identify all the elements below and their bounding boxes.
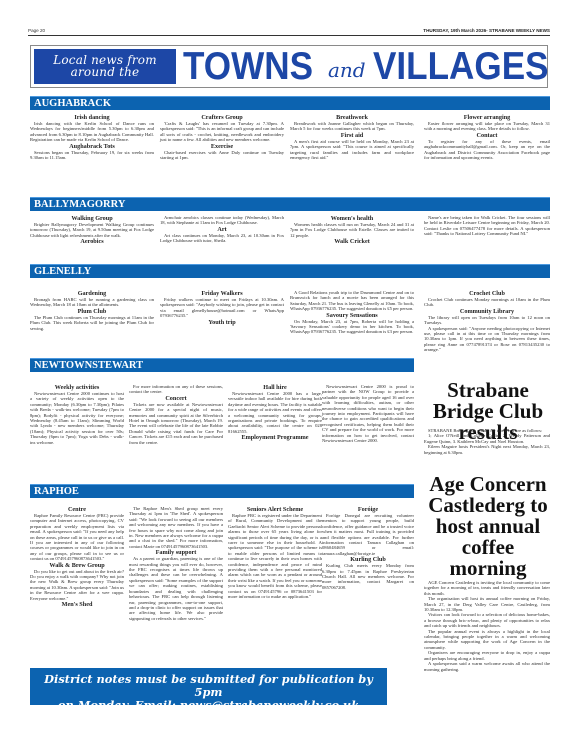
article-heading: Walk & Brew Group [30, 562, 124, 569]
notice-line1: District notes must be submitted for pub… [30, 673, 387, 699]
article-heading: Hall hire [228, 384, 322, 391]
article-heading: Aerobics [30, 238, 154, 245]
article-heading: Weekly activities [30, 384, 124, 391]
article-heading: Youth trip [160, 319, 284, 326]
article-heading: Community Library [424, 308, 550, 315]
article-body: Chair-based exercises with Anne Daly con… [160, 150, 284, 161]
masthead-villages: VILLAGES [373, 45, 549, 89]
bridge-club-article: STRABANE Bridge Club results for this we… [424, 428, 550, 455]
article-heading: Employment Programme [228, 434, 322, 441]
page-header: Page 20 THURSDAY, 19th March 2026- STRAB… [28, 28, 550, 36]
article-body: The library will open on Tuesdays from 1… [424, 315, 550, 326]
article-body: Raphoe Family Resource Centre (FRC) prov… [30, 513, 124, 562]
article-heading: Irish dancing [30, 114, 154, 121]
article-heading: Centre [30, 506, 124, 513]
article-column: Crafters Group 'Crafts & Laughs' has res… [160, 114, 284, 160]
article-heading: Friday Walkers [160, 290, 284, 297]
article-heading: Contact [424, 132, 550, 139]
section-header-glenelly: GLENELLY [30, 264, 550, 278]
article-body: The Plum Club continues on Thursday morn… [30, 315, 154, 331]
article-column: Irish dancing Irish dancing with the Ker… [30, 114, 154, 160]
article-body: AGE Concern Castlederg is inviting the l… [424, 580, 550, 596]
article-body: As a parent or guardian, parenting is on… [129, 556, 223, 621]
article-body: Organisers are encouraging everyone to d… [424, 650, 550, 661]
article-column: Crochet Club Crochet Club continues Mond… [424, 290, 550, 353]
article-body: A spokesperson said: "Anyone needing pho… [424, 326, 550, 353]
article-heading: Breathwork [290, 114, 414, 121]
article-body: Womens health classes will run on Tuesda… [290, 222, 414, 238]
article-heading: Plum Club [30, 308, 154, 315]
article-body: Crochet Club continues Monday mornings a… [424, 297, 550, 308]
article-column: Armchair aerobics classes continue today… [160, 215, 284, 244]
article-column: Walking Group Brighter Ballymagorry Deve… [30, 215, 154, 245]
masthead: Local news from around the TOWNS and VIL… [30, 45, 548, 88]
article-body: Foróige Donegal are recruiting volunteer… [322, 513, 414, 556]
article-heading: Art [160, 226, 284, 233]
article-body: A spokesperson said a warm welcome await… [424, 661, 550, 672]
article-body: Newtownstewart Centre 2000 continues to … [30, 391, 124, 445]
article-body: Raphoe FRC is registered under the Depar… [228, 513, 322, 600]
section-header-newtownstewart: NEWTOWNSTEWART [30, 358, 414, 372]
article-column: A Good Relations youth trip to the Drumm… [290, 290, 414, 335]
article-column: Foróige Foróige Donegal are recruiting v… [322, 506, 414, 590]
article-body: Friday walkers continue to meet on Frida… [160, 297, 284, 319]
article-body: 'Crafts & Laughs' has resumed on Tuesday… [160, 121, 284, 143]
article-body: Easter flower arranging will take place … [424, 121, 550, 132]
article-body: For more information on any of these ses… [129, 384, 223, 395]
article-body: The Raphoe Men's Shed group meet every T… [129, 506, 223, 549]
article-body: To register for any of these events, ema… [424, 139, 550, 161]
article-heading: Kurling Club [322, 556, 414, 563]
article-column: Centre Raphoe Family Resource Centre (FR… [30, 506, 124, 608]
section-header-raphoe: RAPHOE [30, 484, 414, 498]
article-body: Bronagh from HARC will be running a gard… [30, 297, 154, 308]
article-column: Flower arranging Easter flower arranging… [424, 114, 550, 160]
article-body: Art class continues on Monday, March 23,… [160, 233, 284, 244]
notice-line2: on Monday. Email: news@strabaneweekly.co… [30, 699, 387, 712]
article-heading: First aid [290, 132, 414, 139]
article-column: For more information on any of these ses… [129, 384, 223, 445]
article-body: Newtownstewart Centre 2000 has a large, … [228, 391, 322, 434]
submission-notice-banner: District notes must be submitted for pub… [30, 668, 387, 705]
article-heading: Walk Cricket [290, 238, 414, 245]
article-heading: Gardening [30, 290, 154, 297]
masthead-towns: TOWNS [183, 45, 313, 89]
article-column: Newtownstewart Centre 2000 is proud to p… [322, 384, 414, 443]
article-heading: Family support [129, 549, 223, 556]
article-column: Seniors Alert Scheme Raphoe FRC is regis… [228, 506, 322, 660]
section-header-aughabrack: AUGHABRACK [30, 96, 550, 110]
masthead-tagline: Local news from around the [34, 49, 176, 84]
article-column: The Raphoe Men's Shed group meet every T… [129, 506, 223, 621]
article-heading: Savoury Sensations [290, 312, 414, 319]
article-heading: Concert [129, 395, 223, 402]
article-column: Gardening Bronagh from HARC will be runn… [30, 290, 154, 331]
article-heading: Men's Shed [30, 601, 124, 608]
article-body: Breathwork with Joanne Gallagher which b… [290, 121, 414, 132]
article-column: Women's health Womens health classes wil… [290, 215, 414, 245]
article-heading: Flower arranging [424, 114, 550, 121]
article-heading: Crafters Group [160, 114, 284, 121]
article-column: Breathwork Breathwork with Joanne Gallag… [290, 114, 414, 160]
article-body: Tickets are now available at Newtownstew… [129, 402, 223, 445]
article-body: Armchair aerobics classes continue today… [160, 215, 284, 226]
article-column: Name's are being taken for Walk Cricket.… [424, 215, 550, 237]
article-heading: Walking Group [30, 215, 154, 222]
dateline: THURSDAY, 19th March 2026- STRABANE WEEK… [423, 28, 550, 33]
article-heading: Seniors Alert Scheme [228, 506, 322, 513]
article-body: Irish dancing with the Kerlin School of … [30, 121, 154, 143]
article-body: Eileen Maguire hosts President's Night n… [424, 444, 550, 455]
age-concern-article: AGE Concern Castlederg is inviting the l… [424, 580, 550, 672]
article-body: 1; Alice O'Neill and Collette Carlin, 2;… [424, 433, 550, 444]
article-heading: Aughabrack Tots [30, 143, 154, 150]
article-body: Name's are being taken for Walk Cricket.… [424, 215, 550, 237]
article-heading: Foróige [322, 506, 414, 513]
article-body: On Monday, March 23, at 7pm, Roberta wil… [290, 319, 414, 335]
article-body: A Good Relations youth trip to the Drumm… [290, 290, 414, 312]
age-concern-headline: Age Concern Castlederg to host annual co… [422, 474, 554, 579]
article-heading: Women's health [290, 215, 414, 222]
masthead-and: and [328, 58, 366, 82]
article-body: Brighter Ballymagorry Development Walkin… [30, 222, 154, 238]
article-body: The popular annual event is always a hig… [424, 629, 550, 651]
article-body: Do you like to get out and about in the … [30, 569, 124, 601]
article-column: Hall hire Newtownstewart Centre 2000 has… [228, 384, 322, 441]
article-column: Friday Walkers Friday walkers continue t… [160, 290, 284, 326]
page-number: Page 20 [28, 28, 45, 33]
article-body: Newtownstewart Centre 2000 is proud to p… [322, 384, 414, 443]
article-body: A men's first aid course will be held on… [290, 139, 414, 161]
section-header-ballymagorry: BALLYMAGORRY [30, 197, 550, 211]
article-body: Visitors can look forward to a selection… [424, 612, 550, 628]
tagline-line2: around the [34, 66, 176, 78]
article-heading: Exercise [160, 143, 284, 150]
article-body: Kurling Club meets every Monday from 6.3… [322, 563, 414, 590]
article-body: Sessions began on Thursday, February 19,… [30, 150, 154, 161]
article-heading: Crochet Club [424, 290, 550, 297]
article-column: Weekly activities Newtownstewart Centre … [30, 384, 124, 445]
article-body: The organisation will host its annual co… [424, 596, 550, 612]
